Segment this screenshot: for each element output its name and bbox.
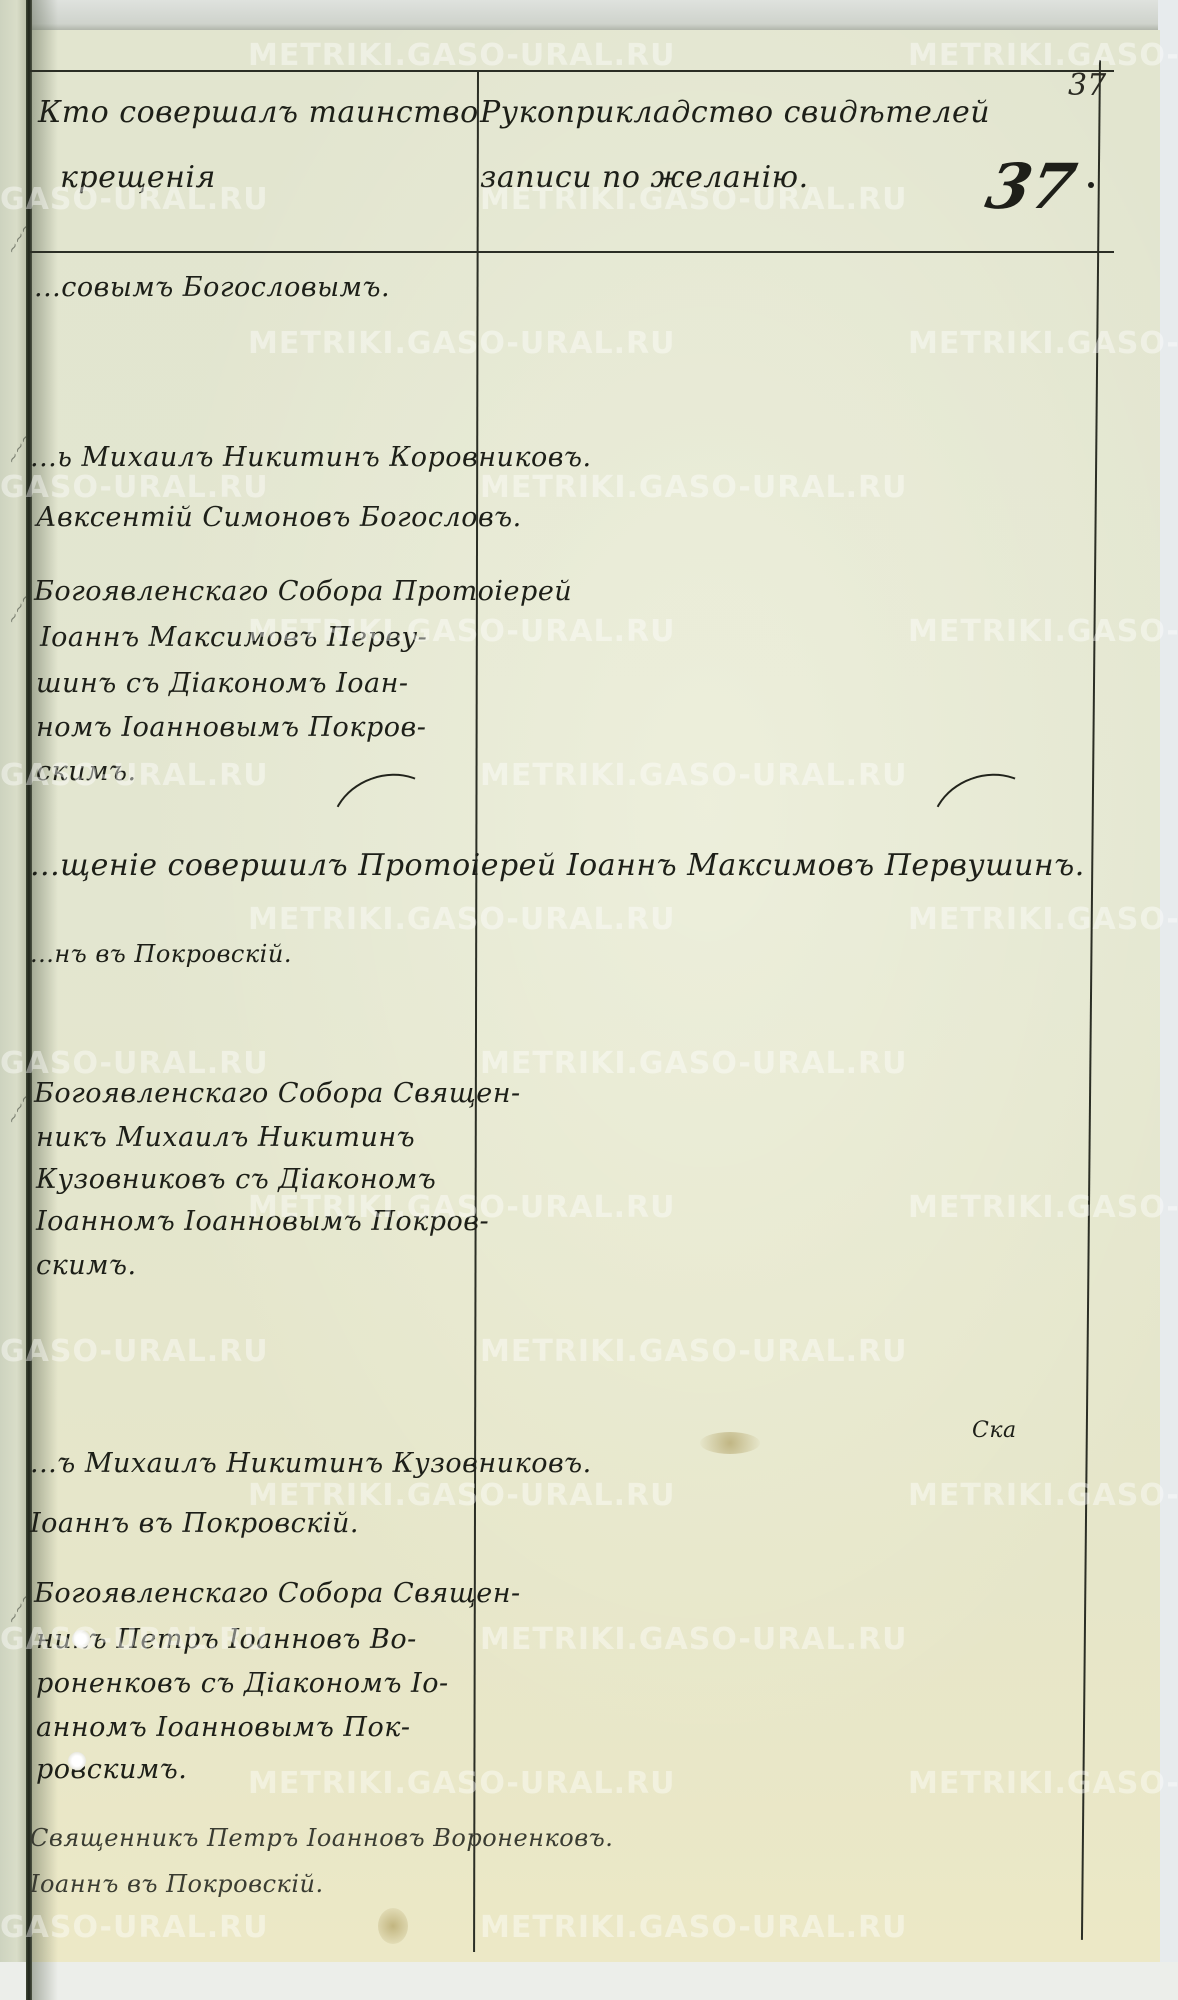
- entry-line: скимъ.: [36, 756, 137, 787]
- entry-line: Богоявленскаго Собора Протоіерей: [34, 576, 572, 607]
- entry-line: роненковъ съ Діакономъ Іо-: [36, 1668, 449, 1699]
- entry-line: Іоаннъ въ Покровскій.: [30, 1508, 359, 1539]
- entry-line-signature: ...щеніе совершилъ Протоіерей Іоаннъ Мак…: [30, 848, 1085, 883]
- entry-line: ...ъ Михаилъ Никитинъ Кузовниковъ.: [30, 1448, 592, 1479]
- entry-line: никъ Михаилъ Никитинъ: [36, 1122, 415, 1153]
- page-number-corner: 37: [1068, 68, 1106, 103]
- header-bottom-rule: [30, 251, 1114, 253]
- entry-line: ровскимъ.: [36, 1754, 187, 1785]
- entry-line: скимъ.: [36, 1250, 137, 1281]
- page-number-dot: [1088, 182, 1094, 188]
- entry-line: ...нъ въ Покровскій.: [30, 940, 292, 968]
- entry-line: Богоявленскаго Собора Священ-: [34, 1578, 521, 1609]
- right-column-note: Ска: [972, 1418, 1017, 1443]
- header-col-right-line2: записи по желанію.: [480, 160, 809, 195]
- entry-line: шинъ съ Діакономъ Іоан-: [36, 668, 409, 699]
- entry-line: Священникъ Петръ Іоанновъ Вороненковъ.: [30, 1824, 613, 1852]
- paper-stain: [378, 1908, 408, 1944]
- header-col-right-line1: Рукоприкладство свидѣтелей: [480, 95, 990, 130]
- entry-line: номъ Іоанновымъ Покров-: [36, 712, 426, 743]
- entry-line: Авксентій Симоновъ Богословъ.: [36, 502, 522, 533]
- scan-background-bottom: [0, 1962, 1178, 2000]
- entry-line: ...ь Михаилъ Никитинъ Коровниковъ.: [30, 442, 592, 473]
- header-top-rule: [30, 70, 1114, 72]
- entry-line: Богоявленскаго Собора Священ-: [34, 1078, 521, 1109]
- entry-line: Кузовниковъ съ Діакономъ: [36, 1164, 436, 1195]
- header-col-left-line2: крещенія: [60, 160, 216, 195]
- scan-background-top: [0, 0, 1178, 34]
- entry-line: Іоаннъ Максимовъ Перву-: [40, 622, 427, 653]
- entry-line: ...совымъ Богословымъ.: [34, 272, 390, 303]
- paper-stain: [700, 1432, 760, 1454]
- entry-line: никъ Петръ Іоанновъ Во-: [36, 1624, 417, 1655]
- scan-background-right: [1158, 0, 1178, 2000]
- page-number-stamp: 37: [980, 150, 1082, 223]
- entry-line: анномъ Іоанновымъ Пок-: [36, 1712, 410, 1743]
- entry-line: Іоанномъ Іоанновымъ Покров-: [36, 1206, 489, 1237]
- previous-page-edge: [0, 0, 28, 2000]
- punch-hole: [68, 1752, 86, 1770]
- entry-line: Іоаннъ въ Покровскій.: [30, 1870, 324, 1898]
- header-col-left-line1: Кто совершалъ таинство: [38, 95, 479, 130]
- punch-hole: [72, 1630, 90, 1648]
